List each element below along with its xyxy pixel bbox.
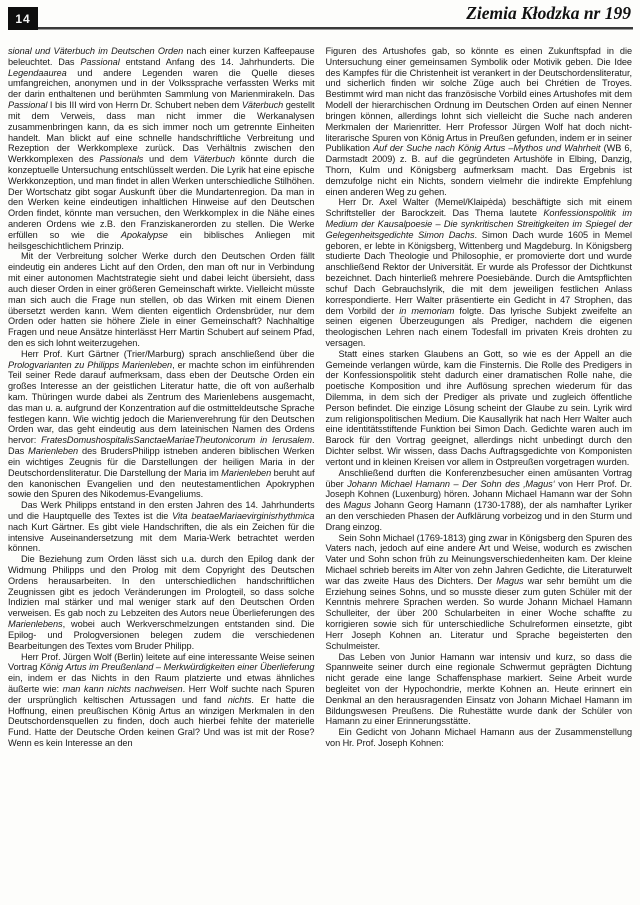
text-run: Die Beziehung zum Orden lässt sich u.a. …: [8, 554, 315, 618]
text-run: . Simon Dach wurde 1605 in Memel geboren…: [326, 230, 633, 316]
text-run: entstand Anfang des 14. Jahrhunderts. Di…: [120, 57, 315, 67]
italic-text: König Artus im Preußenland – Merkwürdigk…: [40, 662, 315, 672]
page-number-badge: 14: [8, 7, 38, 30]
italic-text: in memoriam: [399, 306, 454, 316]
italic-text: Auf der Suche nach König Artus –Mythos u…: [373, 143, 600, 153]
italic-text: Marienlebens: [8, 619, 63, 629]
text-run: Johann Georg Hamann (1730-1788), der als…: [326, 500, 633, 532]
text-run: könnte durch die konzeptuelle Untersuchu…: [8, 154, 315, 240]
paragraph: Die Beziehung zum Orden lässt sich u.a. …: [8, 554, 315, 651]
text-column-right: Figuren des Artushofes gab, so könnte es…: [326, 46, 633, 749]
paragraph: sional und Väterbuch im Deutschen Orden …: [8, 46, 315, 251]
text-run: Herr Prof. Kurt Gärtner (Trier/Marburg) …: [21, 349, 315, 359]
paragraph: Herr Prof. Jürgen Wolf (Berlin) leitete …: [8, 652, 315, 749]
article-body: sional und Väterbuch im Deutschen Orden …: [0, 46, 640, 749]
italic-text: Johann Michael Hamann – Der Sohn des ‚Ma…: [347, 479, 554, 489]
italic-text: Prologvarianten zu Philipps Marienleben: [8, 360, 172, 370]
text-run: war sehr bemüht um die Erziehung seines …: [326, 576, 633, 651]
italic-text: Passional: [80, 57, 119, 67]
paragraph: Das Leben von Junior Hamann war intensiv…: [326, 652, 633, 728]
italic-text: man kann nichts nachweisen: [63, 684, 183, 694]
italic-text: Marienleben: [221, 468, 271, 478]
italic-text: Passional: [8, 100, 47, 110]
page-header: 14 Ziemia Kłodzka nr 199: [0, 0, 640, 31]
text-run: nach Kurt Gärtner. Es gibt viele Handsch…: [8, 522, 315, 554]
italic-text: Vita beataeMariaevirginisrhythmica: [172, 511, 314, 521]
italic-text: nichts: [228, 695, 252, 705]
italic-text: FratesDomushospitalisSanctaeMariaeTheuto…: [41, 435, 312, 445]
italic-text: sional und Väterbuch im Deutschen Orden: [8, 46, 183, 56]
text-run: Mit der Verbreitung solcher Werke durch …: [8, 251, 315, 348]
italic-text: Apokalypse: [121, 230, 168, 240]
italic-text: Magus: [344, 500, 371, 510]
italic-text: Marienleben: [28, 446, 78, 456]
paragraph: Figuren des Artushofes gab, so könnte es…: [326, 46, 633, 197]
paragraph: Anschließend durften die Konferenzbesuch…: [326, 468, 633, 533]
text-run: Statt eines starken Glaubens an Gott, so…: [326, 349, 633, 467]
italic-text: Väterbuch: [242, 100, 283, 110]
italic-text: Passionals: [99, 154, 143, 164]
text-column-left: sional und Väterbuch im Deutschen Orden …: [8, 46, 315, 749]
text-run: und dem: [143, 154, 193, 164]
document-page: 14 Ziemia Kłodzka nr 199 sional und Väte…: [0, 0, 640, 905]
paragraph: Herr Dr. Axel Walter (Memel/Klaipėda) be…: [326, 197, 633, 348]
header-divider: [8, 27, 633, 30]
text-run: , er machte schon im einführenden Teil s…: [8, 360, 315, 446]
paragraph: Herr Prof. Kurt Gärtner (Trier/Marburg) …: [8, 349, 315, 500]
journal-title: Ziemia Kłodzka nr 199: [466, 3, 631, 24]
italic-text: Väterbuch: [194, 154, 235, 164]
text-run: Das Leben von Junior Hamann war intensiv…: [326, 652, 633, 727]
italic-text: Legendaaurea: [8, 68, 67, 78]
paragraph: Mit der Verbreitung solcher Werke durch …: [8, 251, 315, 348]
paragraph: Sein Sohn Michael (1769-1813) ging zwar …: [326, 533, 633, 652]
italic-text: Magus: [496, 576, 523, 586]
text-run: Ein Gedicht von Johann Michael Hamann au…: [326, 727, 633, 748]
paragraph: Statt eines starken Glaubens an Gott, so…: [326, 349, 633, 468]
paragraph: Ein Gedicht von Johann Michael Hamann au…: [326, 727, 633, 749]
paragraph: Das Werk Philipps entstand in den ersten…: [8, 500, 315, 554]
page-number: 14: [15, 12, 30, 26]
text-run: Figuren des Artushofes gab, so könnte es…: [326, 46, 633, 153]
text-run: I bis III wird von Herrn Dr. Schubert ne…: [47, 100, 241, 110]
